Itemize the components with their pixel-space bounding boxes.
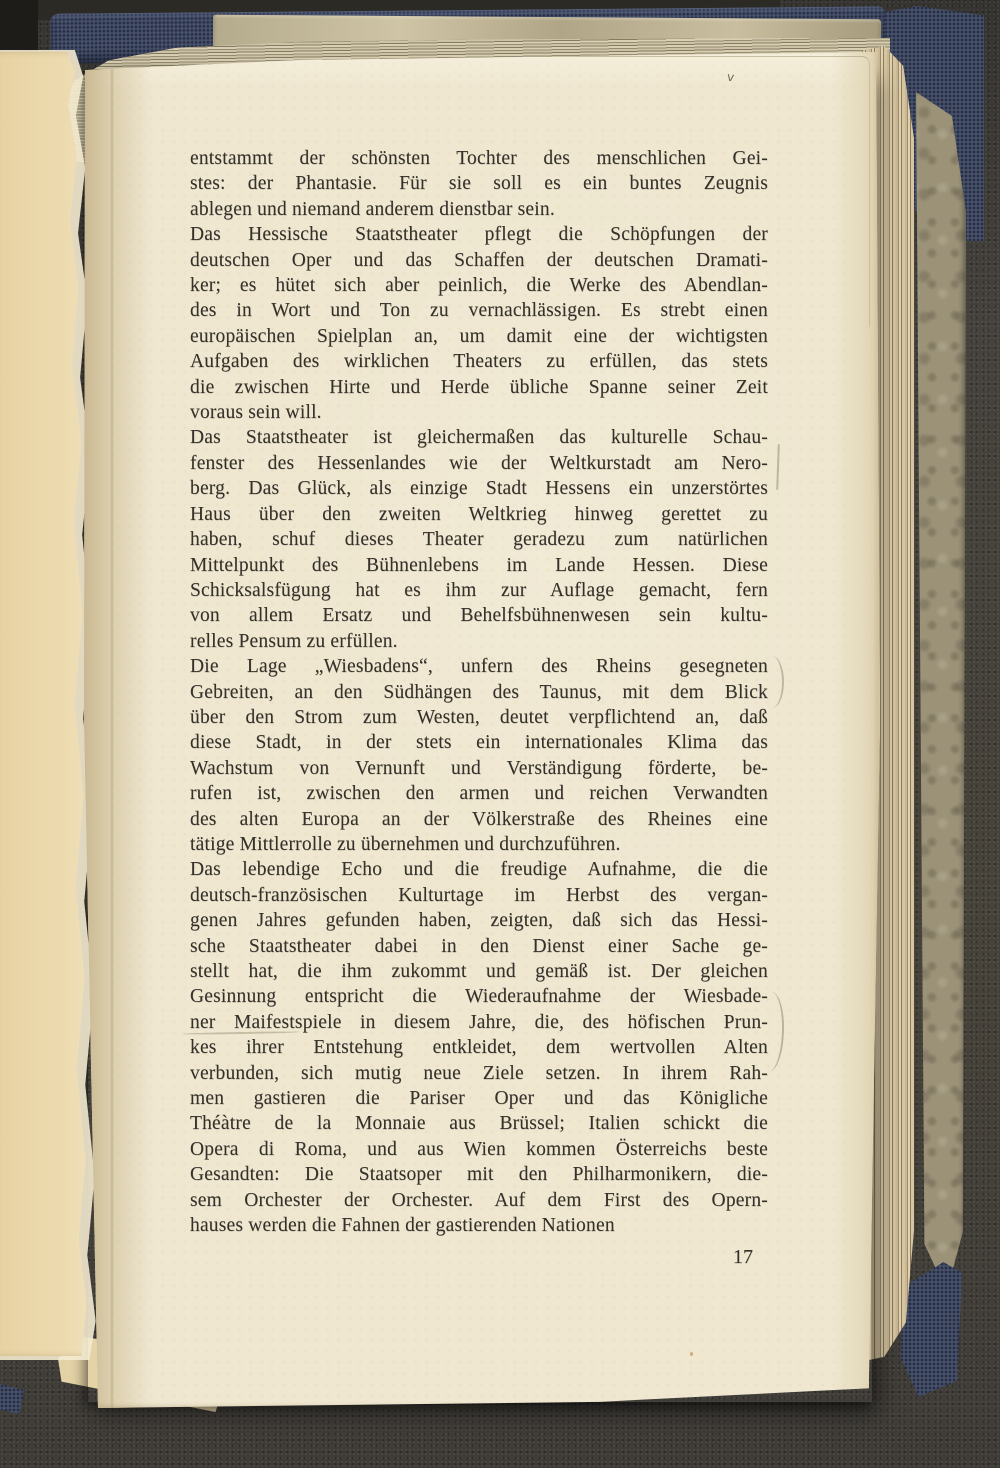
text-line: Aufgaben des wirklichen Theaters zu erfü… [190, 349, 768, 374]
text-line: entstammt der schönsten Tochter des mens… [190, 146, 768, 171]
paragraph: Das Staatstheater ist gleichermaßen das … [190, 425, 768, 654]
text-line: genen Jahres gefunden haben, zeigten, da… [190, 908, 768, 933]
text-line: die zwischen Hirte und Herde übliche Spa… [190, 375, 768, 400]
text-line: sem Orchester der Orchester. Auf dem Fir… [190, 1188, 768, 1213]
paper-speck [690, 1352, 693, 1356]
text-line: haben, schuf dieses Theater geradezu zum… [190, 527, 768, 552]
text-line: Mittelpunkt des Bühnenlebens im Lande He… [190, 553, 768, 578]
text-line: des in Wort und Ton zu vernachlässigen. … [190, 298, 768, 323]
text-line: ablegen und niemand anderem dienstbar se… [190, 197, 768, 222]
text-line: Gesandten: Die Staatsoper mit den Philha… [190, 1162, 768, 1187]
text-block: entstammt der schönsten Tochter des mens… [190, 146, 768, 1238]
text-line: über den Strom zum Westen, deutet verpfl… [190, 705, 768, 730]
text-line: diese Stadt, in der stets ein internatio… [190, 730, 768, 755]
text-line: deutschen Oper und das Schaffen der deut… [190, 248, 768, 273]
text-line: Schicksalsfügung hat es ihm zur Auflage … [190, 578, 768, 603]
margin-pencil-bracket-upper [772, 656, 784, 708]
page-number: 17 [733, 1246, 753, 1269]
text-line: berg. Das Glück, als einzige Stadt Hesse… [190, 476, 768, 501]
text-line: Das lebendige Echo und die freudige Aufn… [190, 857, 768, 882]
text-line: des alten Europa an der Völkerstraße des… [190, 807, 768, 832]
text-line: relles Pensum zu erfüllen. [190, 629, 768, 654]
paragraph: entstammt der schönsten Tochter des mens… [190, 146, 768, 222]
text-line: kes ihrer Entstehung entkleidet, dem wer… [190, 1035, 768, 1060]
paragraph: Das lebendige Echo und die freudige Aufn… [190, 857, 768, 1238]
book-page: v entstammt der schönsten Tochter des me… [80, 48, 880, 1410]
text-line: sche Staatstheater dabei in den Dienst e… [190, 934, 768, 959]
text-line: Das Staatstheater ist gleichermaßen das … [190, 425, 768, 450]
paragraph: Das Hessische Staatstheater pflegt die S… [190, 222, 768, 425]
text-line: deutsch-französischen Kulturtage im Herb… [190, 883, 768, 908]
text-line: voraus sein will. [190, 400, 768, 425]
margin-pencil-tick [776, 444, 780, 490]
text-line: hauses werden die Fahnen der gastierende… [190, 1213, 768, 1238]
text-line: stes: der Phantasie. Für sie soll es ein… [190, 171, 768, 196]
text-line: Das Hessische Staatstheater pflegt die S… [190, 222, 768, 247]
text-line: men gastieren die Pariser Oper und das K… [190, 1086, 768, 1111]
text-line: Gesinnung entspricht die Wiederaufnahme … [190, 984, 768, 1009]
text-line: Gebreiten, an den Südhängen des Taunus, … [190, 680, 768, 705]
text-line: von allem Ersatz und Behelfsbühnenwesen … [190, 603, 768, 628]
page-crease [110, 48, 114, 1410]
text-line: rufen ist, zwischen den armen und reiche… [190, 781, 768, 806]
text-line: stellt hat, die ihm zukommt und gemäß is… [190, 959, 768, 984]
paragraph: Die Lage „Wiesbadens“, unfern des Rheins… [190, 654, 768, 857]
text-line: tätige Mittlerrolle zu übernehmen und du… [190, 832, 768, 857]
margin-pencil-bracket-lower [769, 992, 786, 1072]
text-line: Wachstum von Vernunft und Verständigung … [190, 756, 768, 781]
text-line: Die Lage „Wiesbadens“, unfern des Rheins… [190, 654, 768, 679]
text-line: verbunden, sich mutig neue Ziele setzen.… [190, 1061, 768, 1086]
text-line: ker; es hütet sich aber peinlich, die We… [190, 273, 768, 298]
text-line: Théàtre de la Monnaie aus Brüssel; Itali… [190, 1111, 768, 1136]
book-scan: v entstammt der schönsten Tochter des me… [0, 0, 1000, 1468]
text-line: Haus über den zweiten Weltkrieg hinweg g… [190, 502, 768, 527]
text-line: Opera di Roma, und aus Wien kommen Öster… [190, 1137, 768, 1162]
text-line: fenster des Hessenlandes wie der Weltkur… [190, 451, 768, 476]
text-line: europäischen Spielplan an, um damit eine… [190, 324, 768, 349]
